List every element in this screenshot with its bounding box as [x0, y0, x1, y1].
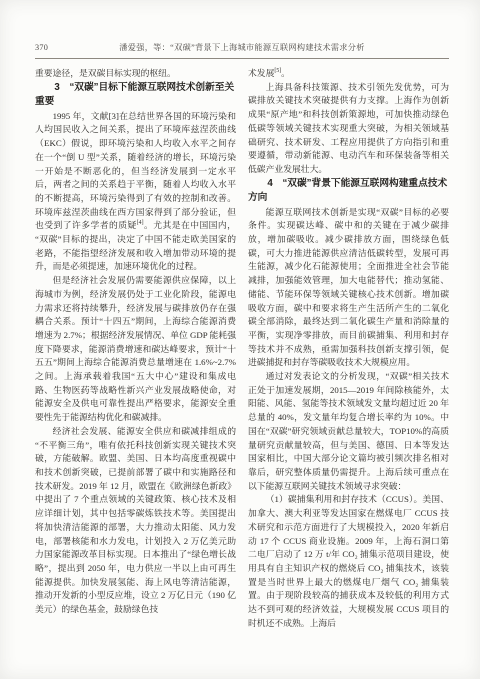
- citation-marker: [4]: [137, 220, 144, 226]
- paragraph-continuation: 术发展[5]。: [248, 67, 449, 81]
- paragraph: （1）碳捕集利用和封存技术（CCUS）。美国、加拿大、澳大利亚等发达国家在燃煤电…: [248, 493, 449, 630]
- paper-page: 370 潘爱强，等：“双碳”背景下上海城市能源互联网构建技术需求分析 重要途径，…: [0, 0, 480, 679]
- paragraph: 但是经济社会发展仍需要能源供应保障，以上海城市为例，经济发展仍处于工业化阶段，能…: [35, 274, 236, 425]
- left-column: 重要途径，是双碳目标实现的枢纽。 3 “双碳”目标下能源互联网技术创新至关重要 …: [35, 67, 236, 630]
- paragraph: 1995 年，文献[3]在总结世界各国的环境污染和人均国民收入之间关系，提出了环…: [35, 110, 236, 274]
- paragraph-text: 术发展: [248, 68, 274, 78]
- paragraph-text: 1995 年，文献[3]在总结世界各国的环境污染和人均国民收入之间关系，提出了环…: [35, 111, 236, 231]
- page-number: 370: [35, 43, 105, 52]
- two-column-body: 重要途径，是双碳目标实现的枢纽。 3 “双碳”目标下能源互联网技术创新至关重要 …: [35, 67, 449, 630]
- right-column: 术发展[5]。 上海具备科技策源、技术引领先发优势，可为碳排放关键技术突破提供有…: [248, 67, 449, 630]
- paragraph-text: 。: [281, 68, 290, 78]
- running-title: 潘爱强，等：“双碳”背景下上海城市能源互联网构建技术需求分析: [105, 42, 379, 53]
- paragraph-continuation: 重要途径，是双碳目标实现的枢纽。: [35, 67, 236, 81]
- paragraph: 能源互联网技术创新是实现“双碳”目标的必要条件。实现碳达峰、碳中和的关键在于减少…: [248, 206, 449, 370]
- paragraph: 上海具备科技策源、技术引领先发优势，可为碳排放关键技术突破提供有力支撑。上海作为…: [248, 81, 449, 177]
- page-header: 370 潘爱强，等：“双碳”背景下上海城市能源互联网构建技术需求分析: [35, 42, 449, 53]
- paragraph: 经济社会发展、能源安全供应和碳减排组成的“不平衡三角”，唯有依托科技创新实现关键…: [35, 425, 236, 617]
- section-heading-3: 3 “双碳”目标下能源互联网技术创新至关重要: [35, 81, 236, 110]
- paragraph: 通过对发表论文的分析发现，“双碳”相关技术正处于加速发展期，2015—2019 …: [248, 370, 449, 493]
- section-heading-4: 4 “双碳”背景下能源互联网构建重点技术方向: [248, 177, 449, 206]
- header-rule: [35, 58, 449, 59]
